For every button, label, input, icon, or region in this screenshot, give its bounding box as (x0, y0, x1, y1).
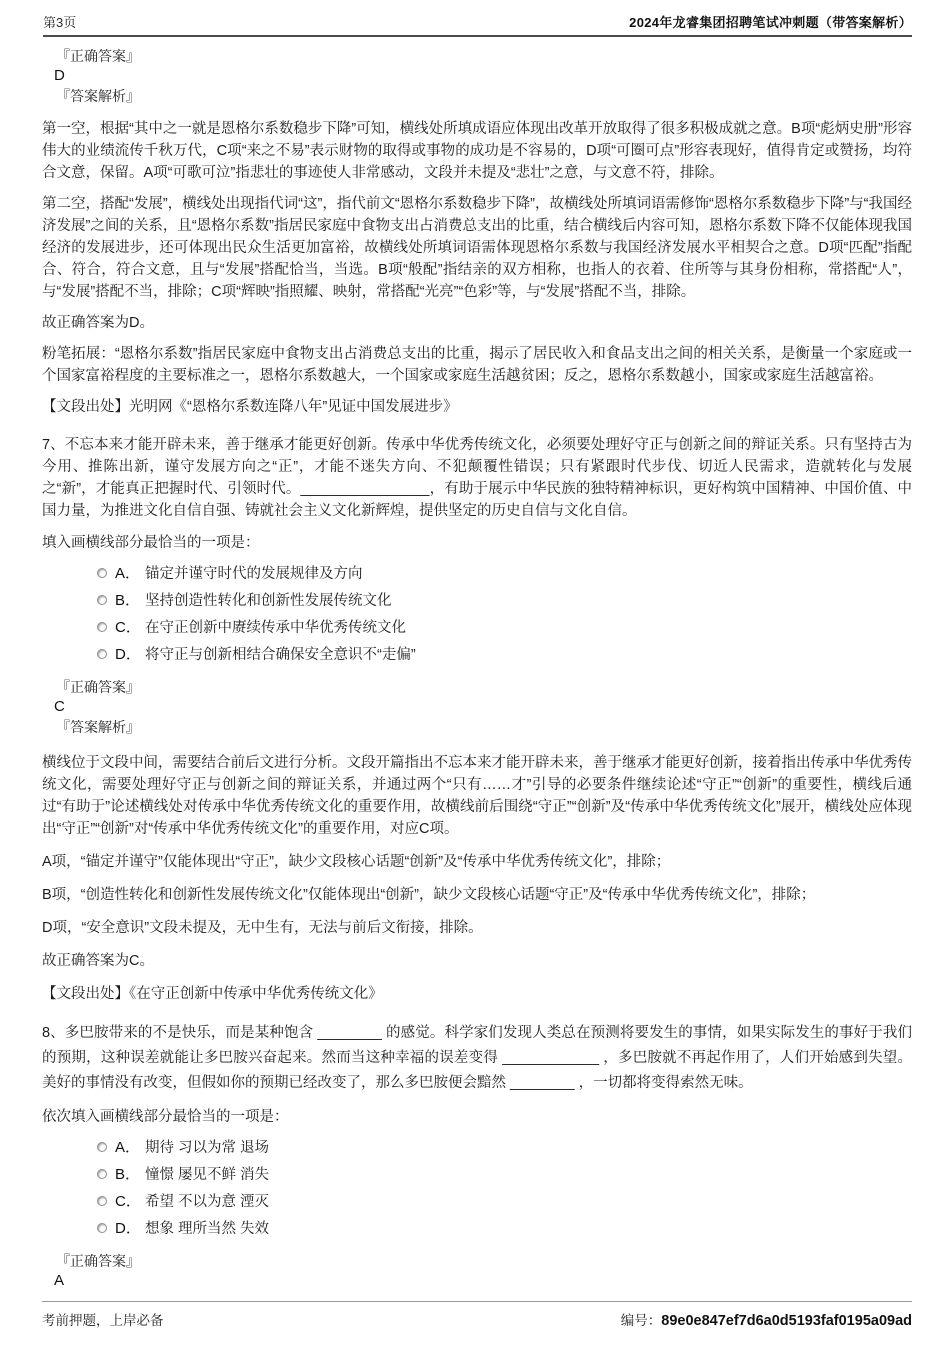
option-label: A． (115, 1136, 145, 1157)
conclusion-line: 故正确答案为D。 (42, 312, 912, 334)
option-row-a: A． 期待 习以为常 退场 (97, 1133, 912, 1160)
conclusion-line: 故正确答案为C。 (42, 950, 912, 972)
option-text: 想象 理所当然 失效 (145, 1217, 269, 1238)
radio-button[interactable] (97, 1223, 107, 1233)
radio-button[interactable] (97, 1169, 107, 1179)
option-text: 期待 习以为常 退场 (145, 1136, 269, 1157)
correct-answer-label: 『正确答案』 (42, 1251, 912, 1271)
document-title: 2024年龙睿集团招聘笔试冲刺题（带答案解析） (629, 12, 912, 31)
page-number: 第3页 (43, 12, 76, 31)
analysis-paragraph: 第二空，搭配“发展”，横线处出现指代词“这”，指代前文“恩格尔系数稳步下降”，故… (42, 193, 912, 303)
correct-answer-label: 『正确答案』 (42, 677, 912, 697)
document-page: 第3页 2024年龙睿集团招聘笔试冲刺题（带答案解析） 『正确答案』 D 『答案… (0, 0, 950, 1345)
page-footer: 考前押题，上岸必备 编号：89e0e847ef7d6a0d5193faf0195… (42, 1301, 912, 1329)
question-8-answer-block: 『正确答案』 A (42, 1251, 912, 1291)
extension-paragraph: 粉笔拓展：“恩格尔系数”指居民家庭中食物支出占消费总支出的比重，揭示了居民收入和… (42, 343, 912, 387)
correct-answer-value: A (42, 1271, 912, 1291)
option-label: D． (115, 1217, 145, 1238)
radio-button[interactable] (97, 1196, 107, 1206)
analysis-paragraph: 横线位于文段中间，需要结合前后文进行分析。文段开篇指出不忘本来才能开辟未来，善于… (42, 752, 912, 840)
question-7-options: A． 锚定并谨守时代的发展规律及方向 B． 坚持创造性转化和创新性发展传统文化 … (97, 559, 912, 667)
code-label: 编号： (621, 1313, 662, 1328)
analysis-option-a: A项，“锚定并谨守”仅能体现出“守正”，缺少文段核心话题“创新”及“传承中华优秀… (42, 851, 912, 873)
option-text: 将守正与创新相结合确保安全意识不“走偏” (145, 643, 416, 664)
option-row-d: D． 将守正与创新相结合确保安全意识不“走偏” (97, 640, 912, 667)
question-8-prompt: 依次填入画横线部分最恰当的一项是： (42, 1106, 912, 1128)
code-value: 89e0e847ef7d6a0d5193faf0195a09ad (661, 1313, 912, 1329)
source-line: 【文段出处】《在守正创新中传承中华优秀传统文化》 (42, 983, 912, 1005)
analysis-option-b: B项，“创造性转化和创新性发展传统文化”仅能体现出“创新”，缺少文段核心话题“守… (42, 884, 912, 906)
analysis-paragraph: 第一空，根据“其中之一就是恩格尔系数稳步下降”可知，横线处所填成语应体现出改革开… (42, 118, 912, 184)
option-row-d: D． 想象 理所当然 失效 (97, 1214, 912, 1241)
analysis-option-d: D项，“安全意识”文段未提及，无中生有，无法与前后文衔接，排除。 (42, 917, 912, 939)
footer-code: 编号：89e0e847ef7d6a0d5193faf0195a09ad (621, 1309, 912, 1329)
page-content: 『正确答案』 D 『答案解析』 第一空，根据“其中之一就是恩格尔系数稳步下降”可… (42, 46, 912, 1291)
option-row-a: A． 锚定并谨守时代的发展规律及方向 (97, 559, 912, 586)
analysis-label: 『答案解析』 (42, 717, 912, 737)
option-text: 锚定并谨守时代的发展规律及方向 (145, 562, 363, 583)
radio-button[interactable] (97, 595, 107, 605)
radio-button[interactable] (97, 622, 107, 632)
page-header: 第3页 2024年龙睿集团招聘笔试冲刺题（带答案解析） (43, 12, 912, 37)
option-row-c: C． 在守正创新中赓续传承中华优秀传统文化 (97, 613, 912, 640)
analysis-label: 『答案解析』 (42, 86, 912, 106)
option-label: B． (115, 589, 145, 610)
radio-button[interactable] (97, 1142, 107, 1152)
option-label: C． (115, 1190, 145, 1211)
option-label: D． (115, 643, 145, 664)
question-7-prompt: 填入画横线部分最恰当的一项是： (42, 532, 912, 554)
option-row-c: C． 希望 不以为意 湮灭 (97, 1187, 912, 1214)
option-row-b: B． 坚持创造性转化和创新性发展传统文化 (97, 586, 912, 613)
source-line: 【文段出处】光明网《“恩格尔系数连降八年”见证中国发展进步》 (42, 396, 912, 418)
radio-button[interactable] (97, 649, 107, 659)
footer-slogan: 考前押题，上岸必备 (42, 1309, 164, 1329)
option-row-b: B． 憧憬 屡见不鲜 消失 (97, 1160, 912, 1187)
option-text: 憧憬 屡见不鲜 消失 (145, 1163, 269, 1184)
option-label: C． (115, 616, 145, 637)
option-text: 在守正创新中赓续传承中华优秀传统文化 (145, 616, 406, 637)
correct-answer-value: C (42, 697, 912, 717)
radio-button[interactable] (97, 568, 107, 578)
question-7-stem: 7、不忘本来才能开辟未来，善于继承才能更好创新。传承中华优秀传统文化，必须要处理… (42, 434, 912, 522)
correct-answer-value: D (42, 66, 912, 86)
question-8-stem: 8、多巴胺带来的不是快乐，而是某种饱含 ________ 的感觉。科学家们发现人… (42, 1021, 912, 1096)
option-label: A． (115, 562, 145, 583)
option-text: 希望 不以为意 湮灭 (145, 1190, 269, 1211)
option-label: B． (115, 1163, 145, 1184)
option-text: 坚持创造性转化和创新性发展传统文化 (145, 589, 392, 610)
correct-answer-label: 『正确答案』 (42, 46, 912, 66)
question-7-answer-block: 『正确答案』 C 『答案解析』 (42, 677, 912, 737)
question-8-options: A． 期待 习以为常 退场 B． 憧憬 屡见不鲜 消失 C． 希望 不以为意 湮… (97, 1133, 912, 1241)
